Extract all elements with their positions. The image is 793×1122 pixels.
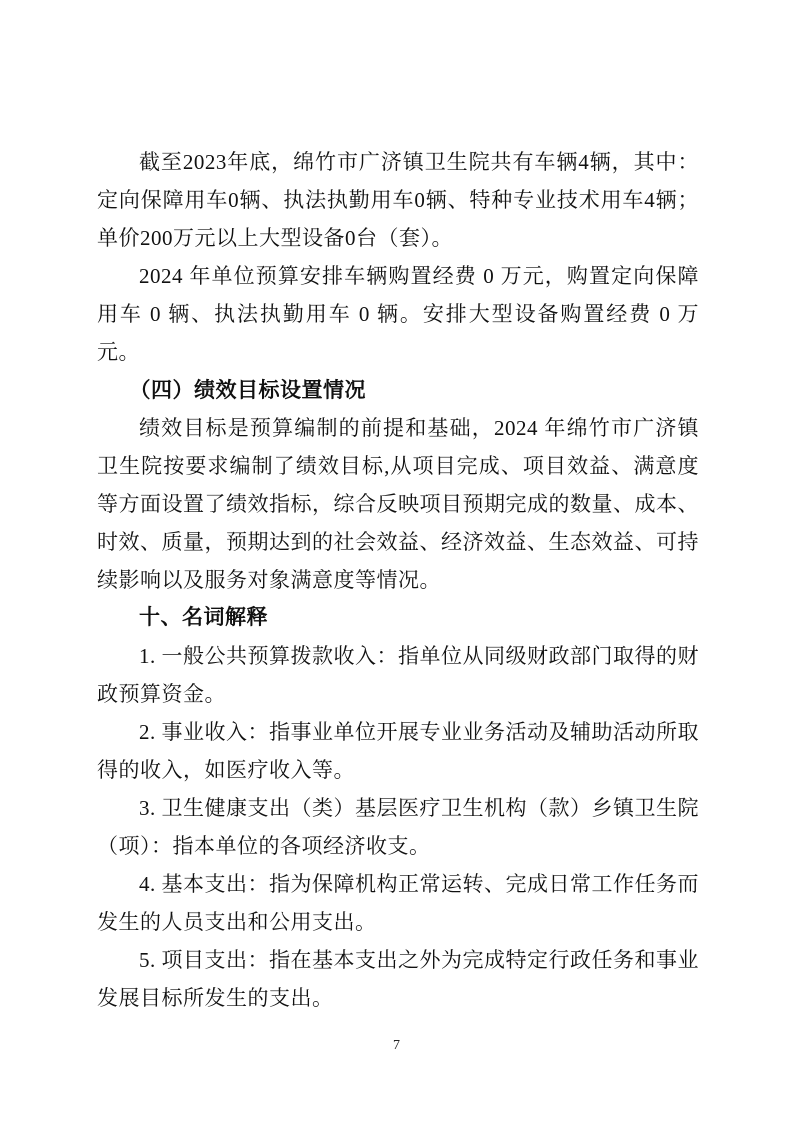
glossary-item-3-health-expenditure: 3. 卫生健康支出（类）基层医疗卫生机构（款）乡镇卫生院（项）：指本单位的各项经… [97,789,699,865]
heading-section-4-performance-goals: （四）绩效目标设置情况 [97,371,699,409]
paragraph-performance-goals-body: 绩效目标是预算编制的前提和基础，2024 年绵竹市广济镇卫生院按要求编制了绩效目… [97,409,699,599]
page-number: 7 [393,1038,400,1053]
document-page: 截至2023年底，绵竹市广济镇卫生院共有车辆4辆，其中：定向保障用车0辆、执法执… [0,0,793,1122]
paragraph-vehicles-2023: 截至2023年底，绵竹市广济镇卫生院共有车辆4辆，其中：定向保障用车0辆、执法执… [97,143,699,257]
glossary-item-4-basic-expenditure: 4. 基本支出：指为保障机构正常运转、完成日常工作任务而发生的人员支出和公用支出… [97,865,699,941]
heading-section-10-glossary: 十、名词解释 [97,599,699,637]
page-footer: 7 [0,1036,793,1054]
paragraph-2024-vehicle-budget: 2024 年单位预算安排车辆购置经费 0 万元，购置定向保障用车 0 辆、执法执… [97,257,699,371]
page-content: 截至2023年底，绵竹市广济镇卫生院共有车辆4辆，其中：定向保障用车0辆、执法执… [97,143,699,1017]
glossary-item-5-project-expenditure: 5. 项目支出：指在基本支出之外为完成特定行政任务和事业发展目标所发生的支出。 [97,941,699,1017]
glossary-item-2-business-income: 2. 事业收入：指事业单位开展专业业务活动及辅助活动所取得的收入，如医疗收入等。 [97,713,699,789]
glossary-item-1-general-public-budget-income: 1. 一般公共预算拨款收入：指单位从同级财政部门取得的财政预算资金。 [97,637,699,713]
